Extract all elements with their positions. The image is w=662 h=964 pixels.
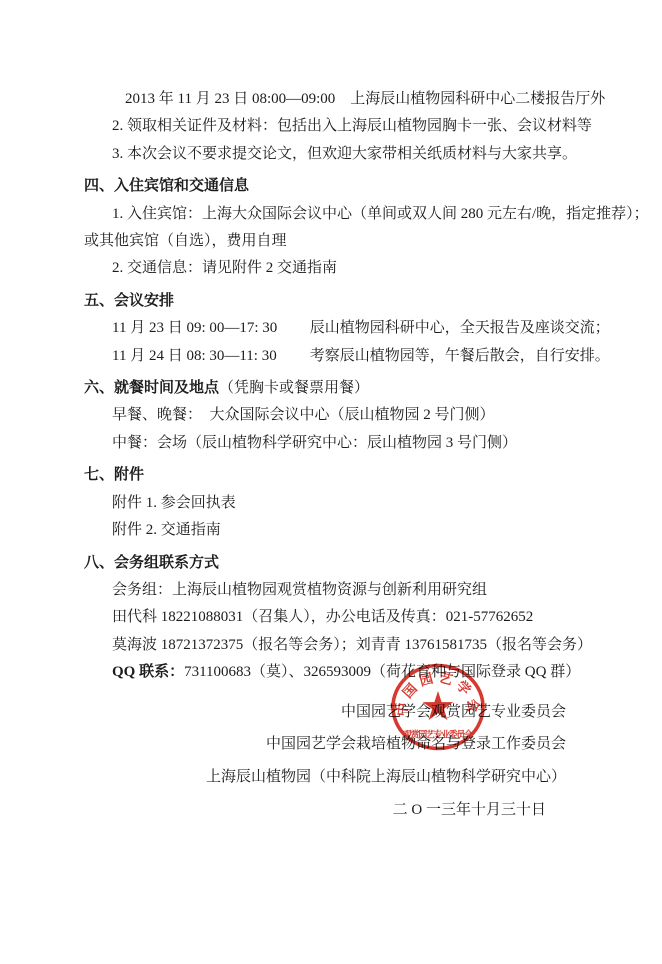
section-6-heading-note: （凭胸卡或餐票用餐） <box>219 380 369 396</box>
traffic-item-2: 2. 交通信息：请见附件 2 交通指南 <box>112 255 584 282</box>
contact-group-line: 会务组：上海辰山植物园观赏植物资源与创新利用研究组 <box>112 577 584 604</box>
meal-line-2: 中餐：会场（辰山植物科学研究中心：辰山植物园 3 号门侧） <box>112 430 584 457</box>
meal-line-1: 早餐、晚餐： 大众国际会议中心（辰山植物园 2 号门侧） <box>112 402 584 429</box>
contact-tian-line: 田代科 18221088031（召集人），办公电话及传真：021-5776265… <box>112 604 584 631</box>
signature-block: 中国园艺学会观赏园艺专业委员会 中国园艺学会栽培植物命名与登录工作委员会 上海辰… <box>84 696 584 829</box>
signature-date: 二 O 一三年十月三十日 <box>84 793 546 828</box>
signature-org-3: 上海辰山植物园（中科院上海辰山植物科学研究中心） <box>84 761 566 794</box>
attachment-1: 附件 1. 参会回执表 <box>112 490 584 517</box>
schedule-row-2-desc: 考察辰山植物园等，午餐后散会，自行安排。 <box>310 348 610 364</box>
signature-org-1: 中国园艺学会观赏园艺专业委员会 <box>84 696 566 729</box>
registration-time-line: 2013 年 11 月 23 日 08:00—09:00 上海辰山植物园科研中心… <box>125 86 584 113</box>
section-8-heading: 八、会务组联系方式 <box>84 550 584 577</box>
qq-numbers: 731100683（莫）、326593009（荷花育种与国际登录 QQ 群） <box>184 664 580 680</box>
attachment-2: 附件 2. 交通指南 <box>112 517 584 544</box>
schedule-row-1-time: 11 月 23 日 09: 00—17: 30 <box>112 315 306 342</box>
qq-label: QQ 联系： <box>112 664 184 680</box>
section-4-heading: 四、入住宾馆和交通信息 <box>84 173 584 200</box>
section-6-heading: 六、就餐时间及地点（凭胸卡或餐票用餐） <box>84 375 584 402</box>
document-body: 2013 年 11 月 23 日 08:00—09:00 上海辰山植物园科研中心… <box>84 86 584 828</box>
section-6-heading-text: 六、就餐时间及地点 <box>84 380 219 396</box>
registration-item-3: 3. 本次会议不要求提交论文，但欢迎大家带相关纸质材料与大家共享。 <box>112 141 584 168</box>
section-5-heading: 五、会议安排 <box>84 288 584 315</box>
contact-qq-line: QQ 联系：731100683（莫）、326593009（荷花育种与国际登录 Q… <box>112 659 584 686</box>
schedule-row-2: 11 月 24 日 08: 30—11: 30 考察辰山植物园等，午餐后散会，自… <box>112 343 584 370</box>
signature-org-2: 中国园艺学会栽培植物命名与登录工作委员会 <box>84 728 566 761</box>
document-page: 2013 年 11 月 23 日 08:00—09:00 上海辰山植物园科研中心… <box>0 0 662 964</box>
section-7-heading: 七、附件 <box>84 462 584 489</box>
contact-mo-liu-line: 莫海波 18721372375（报名等会务）；刘青青 13761581735（报… <box>112 632 584 659</box>
hotel-item-1: 1. 入住宾馆：上海大众国际会议中心（单间或双人间 280 元左右/晚，指定推荐… <box>112 201 584 228</box>
hotel-item-1-continuation: 或其他宾馆（自选），费用自理 <box>84 228 584 255</box>
registration-item-2: 2. 领取相关证件及材料：包括出入上海辰山植物园胸卡一张、会议材料等 <box>112 113 584 140</box>
schedule-row-1-desc: 辰山植物园科研中心，全天报告及座谈交流； <box>310 320 610 336</box>
schedule-row-2-time: 11 月 24 日 08: 30—11: 30 <box>112 343 306 370</box>
schedule-row-1: 11 月 23 日 09: 00—17: 30 辰山植物园科研中心，全天报告及座… <box>112 315 584 342</box>
